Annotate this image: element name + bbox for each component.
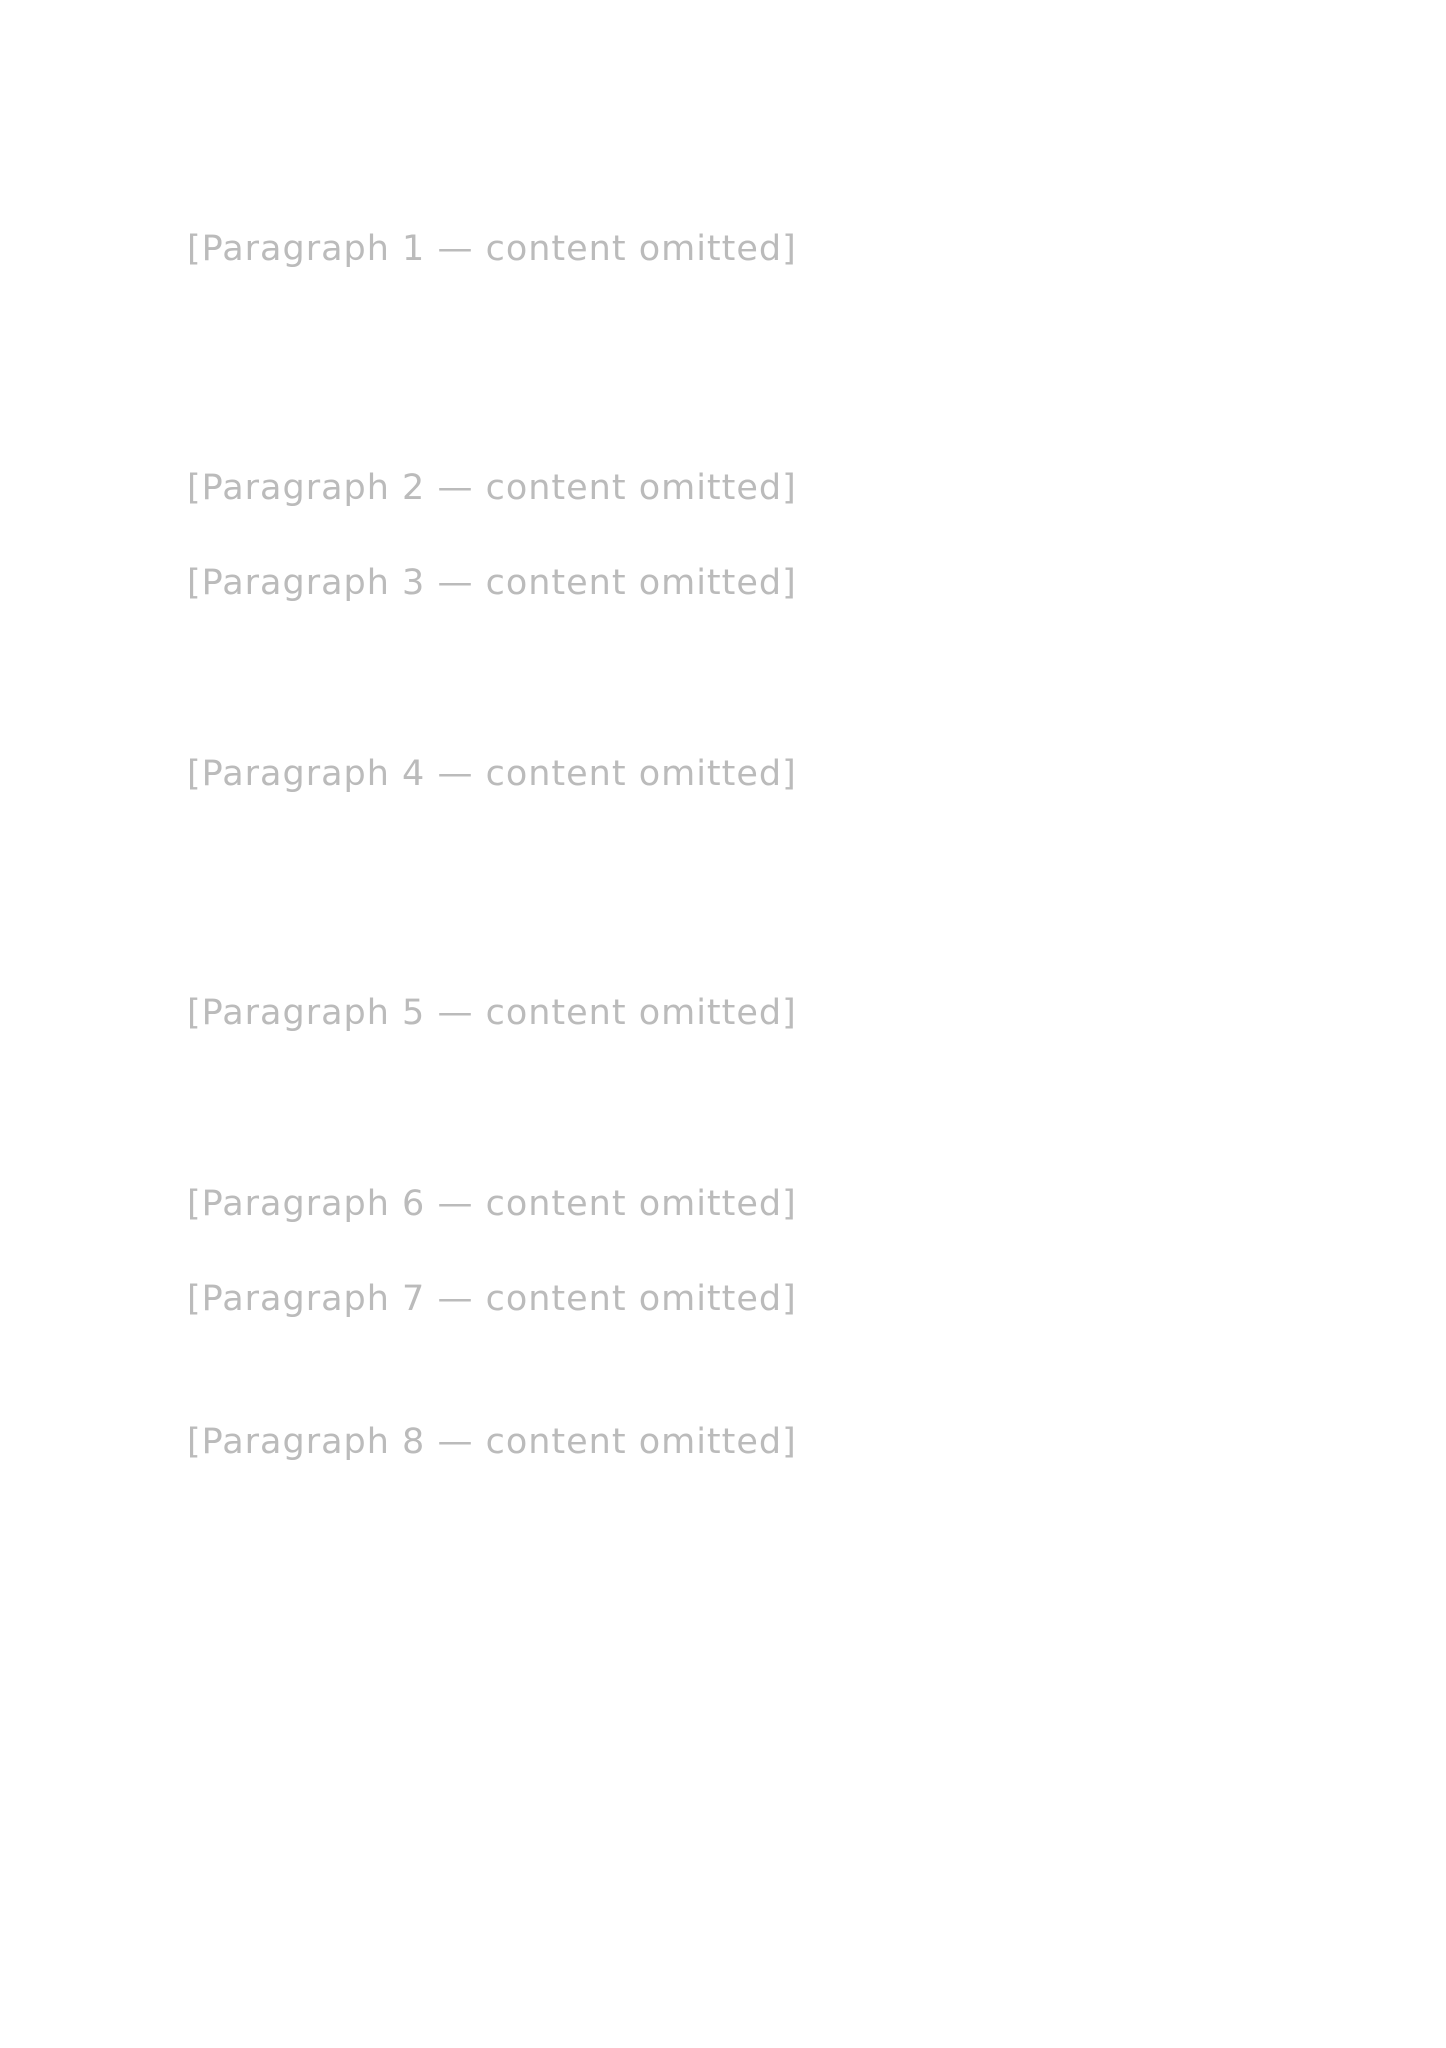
- paragraph-1: [Paragraph 1 — content omitted]: [115, 225, 1335, 417]
- document-page: [Paragraph 1 — content omitted] [Paragra…: [115, 225, 1335, 1561]
- paragraph-4: [Paragraph 4 — content omitted]: [115, 750, 1335, 942]
- paragraph-2: [Paragraph 2 — content omitted]: [115, 464, 1335, 512]
- paragraph-7: [Paragraph 7 — content omitted]: [115, 1275, 1335, 1371]
- paragraph-8: [Paragraph 8 — content omitted]: [115, 1418, 1335, 1514]
- paragraph-3: [Paragraph 3 — content omitted]: [115, 559, 1335, 703]
- paragraph-6: [Paragraph 6 — content omitted]: [115, 1180, 1335, 1228]
- paragraph-5: [Paragraph 5 — content omitted]: [115, 989, 1335, 1133]
